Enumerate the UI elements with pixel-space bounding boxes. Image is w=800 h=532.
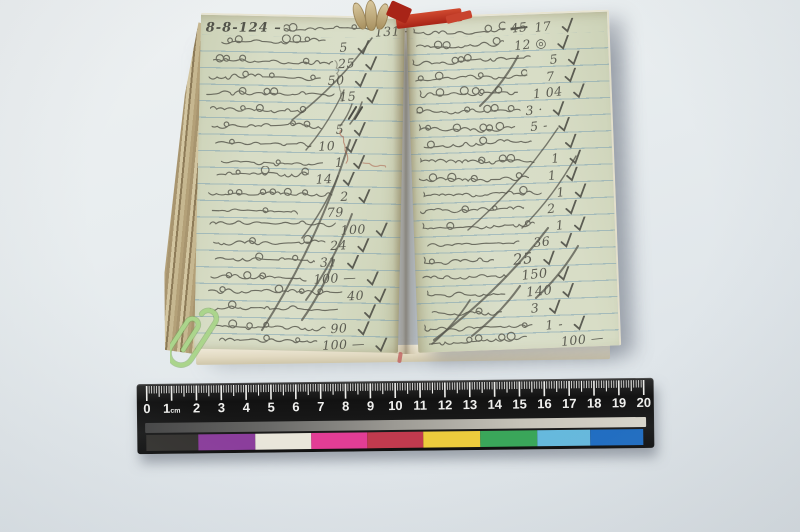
line-amount: 31	[320, 254, 338, 270]
line-amount: 17	[534, 18, 552, 35]
check-mark-icon	[365, 89, 380, 104]
check-mark-icon	[573, 183, 589, 199]
ruler-number: 20	[637, 395, 652, 410]
ruler-number: 12	[438, 397, 453, 412]
ruler-number: 5	[267, 399, 274, 414]
check-mark-icon	[352, 122, 367, 137]
ruler-number: 13	[463, 397, 478, 412]
check-mark-icon	[356, 238, 371, 253]
check-mark-icon	[356, 40, 371, 55]
color-patch	[590, 429, 643, 446]
ruler-number: 1cm	[163, 401, 181, 416]
ruler-number: 17	[562, 396, 577, 411]
paperclip-icon	[170, 298, 266, 396]
color-patch	[423, 431, 480, 448]
color-patch	[311, 432, 367, 449]
line-amount: 2	[339, 188, 348, 203]
archival-photo-scene: 8-8-124 –131 -52550155101142791002431100…	[0, 0, 800, 532]
check-mark-icon	[373, 288, 388, 303]
check-mark-icon	[556, 266, 572, 282]
ruler-number: 2	[193, 400, 200, 415]
check-mark-icon	[375, 222, 390, 237]
margin-note	[361, 152, 388, 177]
color-patch	[480, 430, 537, 447]
double-slash-icon	[346, 106, 364, 121]
ruler-number: 7	[317, 399, 324, 414]
color-patch	[367, 432, 423, 449]
ruler-number: 19	[612, 395, 627, 410]
check-mark-icon	[568, 150, 584, 166]
check-mark-icon	[364, 56, 379, 71]
line-amount: 1	[550, 151, 560, 167]
color-patches	[146, 429, 643, 451]
ruler-number: 10	[388, 398, 403, 413]
handwriting-scribble	[429, 331, 528, 352]
line-amount: 1	[547, 167, 557, 183]
line-amount: 140	[525, 283, 553, 301]
check-mark-icon	[357, 189, 372, 204]
line-amount: 90	[330, 320, 348, 336]
ruler-number: 8	[342, 399, 349, 414]
check-mark-icon	[354, 73, 369, 88]
handwriting-scribble	[362, 152, 388, 172]
check-mark-icon	[561, 283, 577, 299]
check-mark-icon	[563, 67, 579, 83]
check-mark-icon	[572, 84, 588, 100]
check-mark-icon	[572, 315, 588, 331]
color-patch	[198, 434, 255, 451]
line-amount: 3 ·	[525, 101, 544, 118]
check-mark-icon	[563, 134, 579, 150]
line-amount: 1 04	[532, 83, 563, 101]
color-patch	[146, 434, 198, 451]
line-amount: 1	[554, 217, 564, 233]
ruler-number: 14	[487, 397, 502, 412]
check-mark-icon	[363, 305, 378, 320]
line-amount: 150	[520, 266, 548, 284]
ruler-number: 4	[243, 400, 250, 415]
line-amount: 40	[347, 287, 365, 303]
ruler-number: 6	[292, 399, 299, 414]
notebook-right-page: 451712 ◎571 043 ·5 -11121362515014031 -1…	[406, 10, 621, 353]
line-amount: 1	[555, 184, 565, 200]
ruler-number: 15	[512, 396, 527, 411]
check-mark-icon	[566, 51, 582, 67]
struck-amount: 45	[510, 19, 528, 36]
check-mark-icon	[572, 216, 588, 232]
line-amount: 100 —	[322, 336, 366, 353]
line-amount: 24	[330, 237, 348, 253]
line-amount: 100	[340, 221, 366, 237]
ruler-number: 0	[143, 401, 150, 416]
ruler-number: 18	[587, 395, 602, 410]
check-mark-icon	[356, 321, 371, 336]
line-amount: 7	[545, 68, 555, 84]
check-mark-icon	[559, 233, 575, 249]
color-patch	[537, 430, 590, 447]
color-patch	[255, 433, 311, 450]
line-amount: 5	[548, 51, 558, 67]
unit-label: cm	[170, 408, 180, 415]
line-amount: 100 —	[560, 330, 604, 349]
check-mark-icon	[557, 117, 573, 133]
check-mark-icon	[365, 271, 380, 286]
check-mark-icon	[374, 338, 389, 353]
check-mark-icon	[341, 172, 356, 187]
right-page-handwriting: 451712 ◎571 043 ·5 -11121362515014031 -1…	[411, 14, 614, 351]
check-mark-icon	[560, 18, 576, 34]
line-amount: 36	[533, 233, 551, 250]
ruler-number: 9	[367, 398, 374, 413]
check-mark-icon	[564, 200, 580, 216]
check-mark-icon	[542, 250, 558, 266]
check-mark-icon	[565, 167, 581, 183]
ruler-number: 11	[413, 398, 427, 413]
line-amount: 1 -	[545, 316, 564, 333]
check-mark-icon	[346, 255, 361, 270]
check-mark-icon	[552, 101, 568, 117]
ruler-number: 3	[218, 400, 225, 415]
line-amount: 2	[546, 200, 556, 216]
ruler-number: 16	[537, 396, 552, 411]
check-mark-icon	[547, 300, 563, 316]
line-amount: 5	[339, 39, 348, 54]
ruler: 01cm234567891011121314151617181920	[137, 378, 655, 454]
line-amount: 5 -	[530, 118, 549, 135]
scribble-wrap	[429, 331, 528, 357]
check-mark-icon	[556, 35, 572, 51]
